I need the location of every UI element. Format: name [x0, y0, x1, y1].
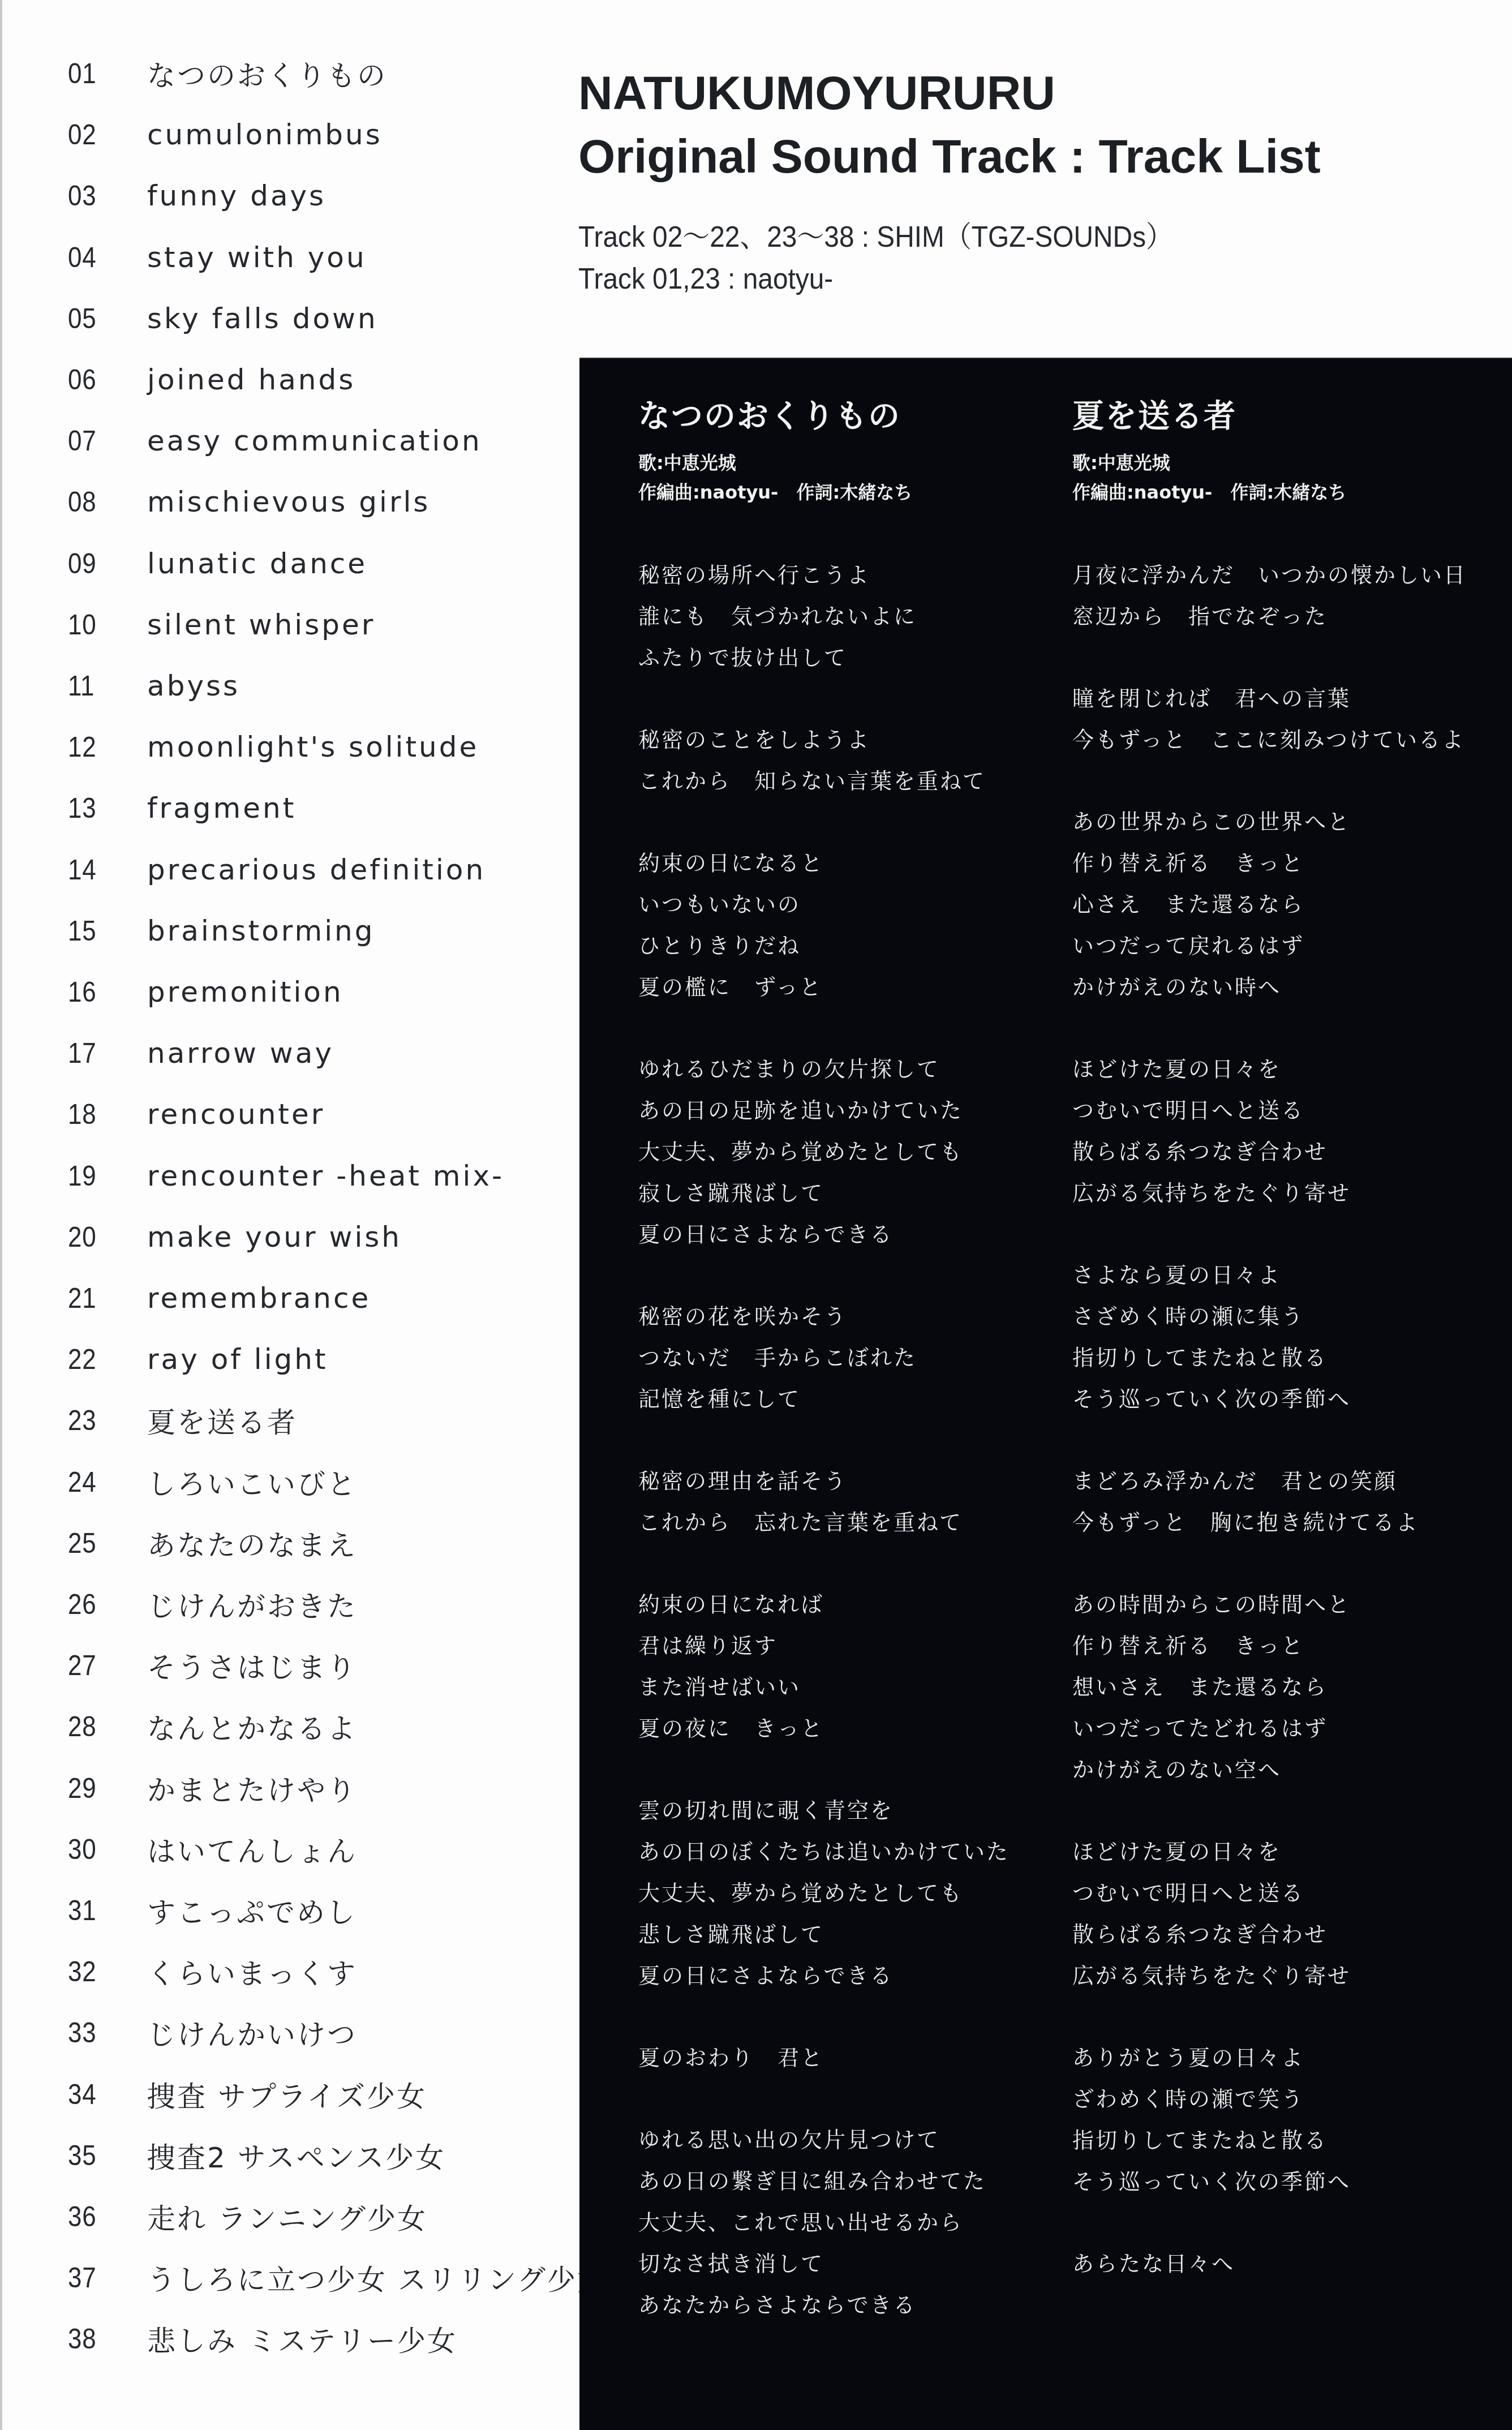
- track-number: 32: [68, 1955, 138, 1988]
- track-number: 10: [68, 608, 138, 641]
- track-number: 18: [68, 1098, 138, 1131]
- lyric-line: ひとりきりだね: [638, 925, 1057, 967]
- lyric-line: ゆれるひだまりの欠片探して: [638, 1049, 1057, 1090]
- lyric-line: あなたからさよならできる: [638, 2285, 1057, 2326]
- track-row: 10silent whisper: [68, 602, 375, 647]
- track-title: precarious definition: [147, 853, 486, 886]
- verses: 月夜に浮かんだ いつかの懐かしい日窓辺から 指でなぞった瞳を閉じれば 君への言葉…: [1072, 555, 1502, 2285]
- lyric-line: ありがとう夏の日々よ: [1072, 2037, 1502, 2079]
- track-row: 37うしろに立つ少女 スリリング少女: [68, 2255, 607, 2300]
- track-number: 38: [68, 2322, 138, 2355]
- verse: あの世界からこの世界へと作り替え祈る きっと心さえ また還るならいつだって戻れる…: [1072, 801, 1502, 1008]
- song-title: なつのおくりもの: [638, 394, 1057, 439]
- lyric-line: 夏の日にさよならできる: [638, 1955, 1057, 1997]
- verse: 秘密の場所へ行こうよ誰にも 気づかれないよにふたりで抜け出して: [638, 555, 1057, 679]
- track-title: abyss: [147, 669, 240, 702]
- song-writer-credit: 作編曲:naotyu- 作詞:木緒なち: [1072, 478, 1502, 507]
- track-title: 走れ ランニング少女: [147, 2196, 427, 2237]
- track-row: 01なつのおくりもの: [68, 51, 387, 96]
- track-number: 36: [68, 2200, 138, 2233]
- track-row: 14precarious definition: [68, 847, 486, 892]
- track-row: 08mischievous girls: [68, 479, 430, 525]
- track-number: 31: [68, 1894, 138, 1927]
- track-row: 18rencounter: [68, 1092, 325, 1137]
- track-row: 27そうさはじまり: [68, 1643, 357, 1688]
- lyric-line: 窓辺から 指でなぞった: [1072, 596, 1502, 637]
- track-number: 21: [68, 1282, 138, 1315]
- track-number: 12: [68, 731, 138, 763]
- track-row: 21remembrance: [68, 1276, 371, 1321]
- lyric-line: 散らばる糸つなぎ合わせ: [1072, 1914, 1502, 1955]
- track-number: 02: [68, 118, 138, 151]
- lyric-line: ゆれる思い出の欠片見つけて: [638, 2119, 1057, 2161]
- lyric-line: いつだって戻れるはず: [1072, 925, 1502, 967]
- lyric-line: 大丈夫、夢から覚めたとしても: [638, 1131, 1057, 1173]
- track-title: すこっぷでめし: [147, 1890, 356, 1931]
- track-row: 16premonition: [68, 969, 343, 1015]
- lyric-line: ほどけた夏の日々を: [1072, 1049, 1502, 1090]
- lyric-line: 秘密の花を咲かそう: [638, 1296, 1057, 1337]
- track-number: 01: [68, 57, 138, 90]
- lyric-line: まどろみ浮かんだ 君との笑顔: [1072, 1461, 1502, 1502]
- lyric-line: いつもいないの: [638, 884, 1057, 925]
- lyric-line: 瞳を閉じれば 君への言葉: [1072, 678, 1502, 719]
- track-row: 25あなたのなまえ: [68, 1521, 357, 1566]
- track-number: 17: [68, 1037, 138, 1070]
- track-row: 04stay with you: [68, 235, 367, 280]
- track-number: 28: [68, 1710, 138, 1743]
- track-title: じけんかいけつ: [147, 2012, 357, 2053]
- lyric-line: かけがえのない時へ: [1072, 967, 1502, 1008]
- track-title: mischievous girls: [147, 486, 430, 518]
- track-row: 29かまとたけやり: [68, 1766, 357, 1811]
- lyric-line: 作り替え祈る きっと: [1072, 843, 1502, 884]
- track-number: 11: [68, 669, 138, 702]
- lyric-line: これから 忘れた言葉を重ねて: [638, 1502, 1057, 1543]
- lyric-line: 切なさ拭き消して: [638, 2243, 1057, 2285]
- track-row: 05sky falls down: [68, 296, 378, 341]
- track-row: 35捜査2 サスペンス少女: [68, 2133, 445, 2178]
- track-title: 捜査 サプライズ少女: [147, 2074, 427, 2115]
- verse: あの時間からこの時間へと作り替え祈る きっと想いさえ また還るならいつだってたど…: [1072, 1584, 1502, 1791]
- track-row: 28なんとかなるよ: [68, 1704, 357, 1749]
- track-row: 22ray of light: [68, 1337, 328, 1382]
- composer-credits: Track 02～22、23～38 : SHIM（TGZ-SOUNDs） Tra…: [578, 216, 1321, 300]
- lyric-line: 広がる気持ちをたぐり寄せ: [1072, 1173, 1502, 1214]
- track-number: 05: [68, 302, 138, 335]
- lyric-line: いつだってたどれるはず: [1072, 1708, 1502, 1749]
- verse: ゆれるひだまりの欠片探してあの日の足跡を追いかけていた大丈夫、夢から覚めたとして…: [638, 1049, 1057, 1255]
- track-row: 32くらいまっくす: [68, 1949, 357, 1994]
- verse: 夏のおわり 君と: [638, 2037, 1057, 2079]
- track-title: はいてんしょん: [147, 1829, 357, 1870]
- track-number: 14: [68, 853, 138, 886]
- track-row: 26じけんがおきた: [68, 1582, 357, 1627]
- verse: 約束の日になるといつもいないのひとりきりだね夏の檻に ずっと: [638, 843, 1057, 1008]
- track-number: 04: [68, 241, 138, 274]
- track-title: premonition: [147, 976, 343, 1008]
- lyric-line: 約束の日になると: [638, 843, 1057, 884]
- track-row: 23夏を送る者: [68, 1398, 297, 1443]
- track-title: joined hands: [147, 363, 355, 396]
- song-vocal-credit: 歌:中恵光城: [638, 448, 1057, 478]
- track-number: 13: [68, 792, 138, 825]
- song-vocal-credit: 歌:中恵光城: [1072, 448, 1502, 478]
- track-title: 捜査2 サスペンス少女: [147, 2135, 445, 2176]
- track-number: 35: [68, 2139, 138, 2172]
- track-row: 02cumulonimbus: [68, 112, 383, 157]
- track-title: stay with you: [147, 241, 367, 274]
- song-writer-credit: 作編曲:naotyu- 作詞:木緒なち: [638, 478, 1057, 507]
- track-number: 29: [68, 1772, 138, 1805]
- track-title: easy communication: [147, 424, 482, 457]
- track-row: 07easy communication: [68, 418, 482, 463]
- track-title: funny days: [147, 179, 326, 212]
- track-number: 34: [68, 2078, 138, 2111]
- lyric-line: また消せばいい: [638, 1667, 1057, 1708]
- lyric-line: 想いさえ また還るなら: [1072, 1667, 1502, 1708]
- lyric-line: つないだ 手からこぼれた: [638, 1337, 1057, 1379]
- lyric-line: 今もずっと ここに刻みつけているよ: [1072, 719, 1502, 761]
- verse: さよなら夏の日々よさざめく時の瀬に集う指切りしてまたねと散るそう巡っていく次の季…: [1072, 1255, 1502, 1420]
- lyric-line: そう巡っていく次の季節へ: [1072, 1379, 1502, 1420]
- page-edge: [0, 0, 2, 2430]
- verse: ゆれる思い出の欠片見つけてあの日の繋ぎ目に組み合わせてた大丈夫、これで思い出せる…: [638, 2119, 1057, 2326]
- track-number: 16: [68, 976, 138, 1008]
- track-row: 36走れ ランニング少女: [68, 2194, 427, 2239]
- lyric-line: 夏の檻に ずっと: [638, 967, 1057, 1008]
- track-row: 38悲しみ ミステリー少女: [68, 2316, 457, 2362]
- track-row: 31すこっぷでめし: [68, 1888, 356, 1933]
- lyric-line: そう巡っていく次の季節へ: [1072, 2161, 1502, 2203]
- track-number: 03: [68, 179, 138, 212]
- track-title: moonlight's solitude: [147, 731, 479, 763]
- lyric-line: 夏の夜に きっと: [638, 1708, 1057, 1749]
- lyric-line: あの世界からこの世界へと: [1072, 801, 1502, 843]
- track-row: 11abyss: [68, 663, 240, 709]
- track-title: なんとかなるよ: [147, 1706, 357, 1747]
- track-number: 23: [68, 1404, 138, 1437]
- lyric-line: 約束の日になれば: [638, 1584, 1057, 1625]
- lyric-line: 大丈夫、これで思い出せるから: [638, 2202, 1057, 2243]
- album-subtitle: Original Sound Track : Track List: [578, 124, 1321, 188]
- lyric-line: 誰にも 気づかれないよに: [638, 596, 1057, 637]
- track-title: silent whisper: [147, 608, 375, 641]
- lyric-line: あの日の足跡を追いかけていた: [638, 1090, 1057, 1131]
- header: NATUKUMOYURURU Original Sound Track : Tr…: [578, 61, 1321, 300]
- track-title: うしろに立つ少女 スリリング少女: [147, 2257, 607, 2298]
- verse: 約束の日になれば君は繰り返すまた消せばいい夏の夜に きっと: [638, 1584, 1057, 1749]
- track-number: 08: [68, 486, 138, 518]
- track-title: rencounter: [147, 1098, 325, 1131]
- track-title: 夏を送る者: [147, 1400, 297, 1441]
- track-number: 37: [68, 2261, 138, 2294]
- credit-line: Track 02～22、23～38 : SHIM（TGZ-SOUNDs）: [578, 216, 1261, 258]
- verse: ほどけた夏の日々をつむいで明日へと送る散らばる糸つなぎ合わせ広がる気持ちをたぐり…: [1072, 1049, 1502, 1214]
- track-row: 09lunatic dance: [68, 541, 367, 586]
- lyric-line: 秘密の理由を話そう: [638, 1461, 1057, 1502]
- song-title: 夏を送る者: [1072, 394, 1502, 439]
- lyric-line: 広がる気持ちをたぐり寄せ: [1072, 1955, 1502, 1997]
- track-title: ray of light: [147, 1343, 328, 1376]
- track-row: 13fragment: [68, 785, 296, 831]
- track-row: 17narrow way: [68, 1031, 334, 1076]
- track-number: 30: [68, 1833, 138, 1866]
- track-title: しろいこいびと: [147, 1462, 357, 1502]
- track-title: rencounter -heat mix-: [147, 1160, 504, 1192]
- track-title: sky falls down: [147, 302, 378, 335]
- lyric-line: 心さえ また還るなら: [1072, 884, 1502, 925]
- lyric-line: つむいで明日へと送る: [1072, 1873, 1502, 1914]
- lyric-line: ほどけた夏の日々を: [1072, 1831, 1502, 1873]
- verse: 秘密の理由を話そうこれから 忘れた言葉を重ねて: [638, 1461, 1057, 1543]
- lyric-line: 指切りしてまたねと散る: [1072, 2120, 1502, 2161]
- song-lyrics: なつのおくりもの 歌:中恵光城 作編曲:naotyu- 作詞:木緒なち 秘密の場…: [638, 394, 1057, 2367]
- lyric-line: 散らばる糸つなぎ合わせ: [1072, 1131, 1502, 1173]
- album-title: NATUKUMOYURURU: [578, 61, 1321, 124]
- track-number: 20: [68, 1221, 138, 1253]
- track-number: 06: [68, 363, 138, 396]
- lyric-line: 君は繰り返す: [638, 1625, 1057, 1667]
- lyric-line: さざめく時の瀬に集う: [1072, 1296, 1502, 1337]
- lyric-line: 作り替え祈る きっと: [1072, 1625, 1502, 1667]
- track-row: 30はいてんしょん: [68, 1827, 357, 1872]
- track-row: 03funny days: [68, 173, 326, 218]
- lyric-line: あの日の繋ぎ目に組み合わせてた: [638, 2161, 1057, 2202]
- lyric-line: 秘密のことをしようよ: [638, 719, 1057, 761]
- lyric-line: 指切りしてまたねと散る: [1072, 1337, 1502, 1379]
- verse: 瞳を閉じれば 君への言葉今もずっと ここに刻みつけているよ: [1072, 678, 1502, 761]
- lyric-line: 秘密の場所へ行こうよ: [638, 555, 1057, 596]
- track-title: そうさはじまり: [147, 1645, 357, 1686]
- lyrics-panel: なつのおくりもの 歌:中恵光城 作編曲:naotyu- 作詞:木緒なち 秘密の場…: [579, 358, 1512, 2430]
- lyric-line: あの日のぼくたちは追いかけていた: [638, 1831, 1057, 1873]
- lyric-line: つむいで明日へと送る: [1072, 1090, 1502, 1131]
- lyric-line: 大丈夫、夢から覚めたとしても: [638, 1873, 1057, 1914]
- lyric-line: あらたな日々へ: [1072, 2243, 1502, 2285]
- track-title: narrow way: [147, 1037, 334, 1070]
- verse: ほどけた夏の日々をつむいで明日へと送る散らばる糸つなぎ合わせ広がる気持ちをたぐり…: [1072, 1831, 1502, 1997]
- track-row: 24しろいこいびと: [68, 1459, 357, 1505]
- lyric-line: 悲しさ蹴飛ばして: [638, 1914, 1057, 1955]
- verse: 秘密のことをしようよこれから 知らない言葉を重ねて: [638, 719, 1057, 802]
- track-number: 26: [68, 1588, 138, 1621]
- lyric-line: 今もずっと 胸に抱き続けてるよ: [1072, 1502, 1502, 1543]
- track-number: 07: [68, 424, 138, 457]
- track-title: lunatic dance: [147, 547, 367, 580]
- track-title: make your wish: [147, 1221, 402, 1253]
- lyric-line: 寂しさ蹴飛ばして: [638, 1173, 1057, 1214]
- track-title: かまとたけやり: [147, 1768, 357, 1809]
- lyric-line: 記憶を種にして: [638, 1379, 1057, 1420]
- verse: 秘密の花を咲かそうつないだ 手からこぼれた記憶を種にして: [638, 1296, 1057, 1420]
- lyric-line: これから 知らない言葉を重ねて: [638, 761, 1057, 802]
- track-title: fragment: [147, 792, 296, 825]
- track-number: 25: [68, 1527, 138, 1560]
- track-title: remembrance: [147, 1282, 371, 1315]
- lyric-line: ざわめく時の瀬で笑う: [1072, 2079, 1502, 2120]
- track-row: 20make your wish: [68, 1214, 402, 1260]
- lyric-line: あの時間からこの時間へと: [1072, 1584, 1502, 1625]
- track-row: 12moonlight's solitude: [68, 724, 479, 770]
- track-number: 09: [68, 547, 138, 580]
- track-title: くらいまっくす: [147, 1951, 357, 1992]
- song-lyrics: 夏を送る者 歌:中恵光城 作編曲:naotyu- 作詞:木緒なち 月夜に浮かんだ…: [1072, 394, 1502, 2325]
- track-title: cumulonimbus: [147, 118, 383, 151]
- lyric-line: 夏のおわり 君と: [638, 2037, 1057, 2079]
- track-title: なつのおくりもの: [147, 53, 387, 94]
- verse: ありがとう夏の日々よざわめく時の瀬で笑う指切りしてまたねと散るそう巡っていく次の…: [1072, 2037, 1502, 2203]
- track-title: あなたのなまえ: [147, 1523, 357, 1564]
- track-number: 27: [68, 1649, 138, 1682]
- lyric-line: ふたりで抜け出して: [638, 637, 1057, 679]
- verses: 秘密の場所へ行こうよ誰にも 気づかれないよにふたりで抜け出して秘密のことをしよう…: [638, 555, 1057, 2326]
- track-row: 33じけんかいけつ: [68, 2010, 357, 2055]
- track-row: 19rencounter -heat mix-: [68, 1153, 504, 1199]
- track-number: 22: [68, 1343, 138, 1376]
- track-row: 34捜査 サプライズ少女: [68, 2072, 427, 2117]
- lyric-line: かけがえのない空へ: [1072, 1749, 1502, 1791]
- lyric-line: 月夜に浮かんだ いつかの懐かしい日: [1072, 555, 1502, 596]
- verse: まどろみ浮かんだ 君との笑顔今もずっと 胸に抱き続けてるよ: [1072, 1461, 1502, 1543]
- track-title: じけんがおきた: [147, 1584, 357, 1625]
- track-title: brainstorming: [147, 915, 375, 947]
- track-row: 15brainstorming: [68, 908, 375, 954]
- credit-line: Track 01,23 : naotyu-: [578, 258, 1261, 300]
- lyric-line: 雲の切れ間に覗く青空を: [638, 1790, 1057, 1831]
- verse: 月夜に浮かんだ いつかの懐かしい日窓辺から 指でなぞった: [1072, 555, 1502, 637]
- track-title: 悲しみ ミステリー少女: [147, 2319, 457, 2359]
- track-number: 33: [68, 2016, 138, 2049]
- lyric-line: さよなら夏の日々よ: [1072, 1255, 1502, 1296]
- verse: あらたな日々へ: [1072, 2243, 1502, 2285]
- lyric-line: 夏の日にさよならできる: [638, 1214, 1057, 1255]
- track-number: 19: [68, 1160, 138, 1192]
- track-number: 15: [68, 915, 138, 947]
- verse: 雲の切れ間に覗く青空をあの日のぼくたちは追いかけていた大丈夫、夢から覚めたとして…: [638, 1790, 1057, 1997]
- track-number: 24: [68, 1466, 138, 1499]
- track-row: 06joined hands: [68, 357, 355, 402]
